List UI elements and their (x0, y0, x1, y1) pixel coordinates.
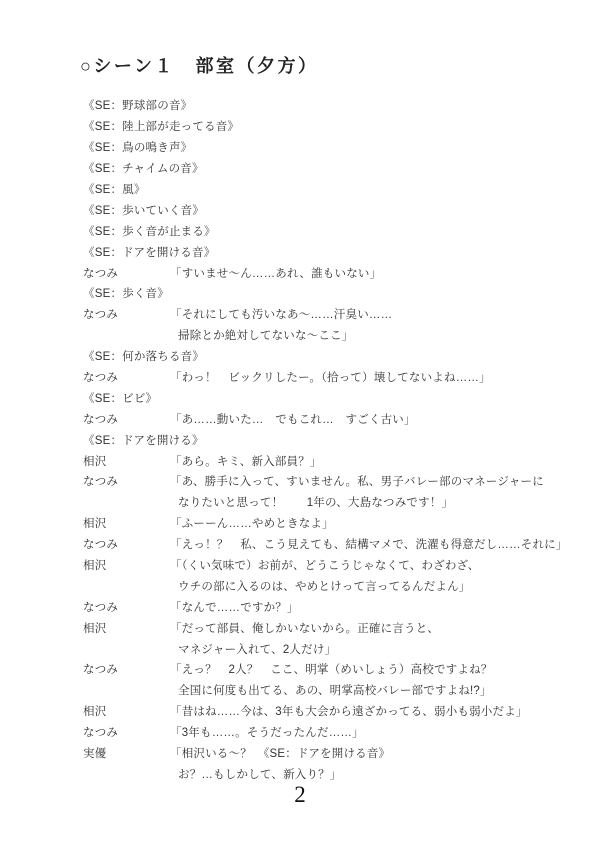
dialogue-line: なつみ「えっ？ 2人？ ここ、明掌（めいしょう）高校ですよね？ (0, 659, 600, 680)
dialogue-text: 「3年も……。そうだったんだ……」 (170, 724, 600, 740)
dialogue-line: 相沢「あら。キミ、新入部員？」 (0, 450, 600, 471)
dialogue-line: なつみ「3年も……。そうだったんだ……」 (0, 722, 600, 743)
dialogue-text: 「（くい気味で）お前が、どうこうじゃなくて、わざわざ、 (170, 557, 600, 573)
se-text: 《SE：何か落ちる音》 (83, 348, 600, 364)
se-text: 《SE：ビビ》 (83, 390, 600, 406)
dialogue-text: なりたいと思って！ 1年の、大島なつみです！」 (170, 494, 600, 510)
se-text: 《SE：ドアを開ける》 (83, 432, 600, 448)
speaker-name: なつみ (83, 661, 170, 677)
se-line: 《SE：チャイムの音》 (0, 158, 600, 179)
se-text: 《SE：チャイムの音》 (83, 160, 600, 176)
scene-title: ○シーン１ 部室（夕方） (80, 52, 319, 78)
dialogue-line: なつみ「それにしても汚いなあ〜……汗臭い…… (0, 304, 600, 325)
speaker-name: 相沢 (83, 453, 170, 469)
dialogue-line: なつみ「すいませ〜ん……あれ、誰もいない」 (0, 262, 600, 283)
dialogue-line: なつみ「あ、勝手に入って、すいません。私、男子バレー部のマネージャーに (0, 471, 600, 492)
se-line: 《SE：野球部の音》 (0, 95, 600, 116)
dialogue-text: 全国に何度も出てる、あの、明掌高校バレー部ですよね!?」 (170, 682, 600, 698)
speaker-name: なつみ (83, 473, 170, 489)
dialogue-text: 「なんで……ですか？」 (170, 599, 600, 615)
se-text: 《SE：歩いていく音》 (83, 202, 600, 218)
se-text: 《SE：鳥の鳴き声》 (83, 139, 600, 155)
speaker-name: なつみ (83, 599, 170, 615)
speaker-name: 相沢 (83, 515, 170, 531)
se-text: 《SE：陸上部が走ってる音》 (83, 118, 600, 134)
dialogue-text: 「えっ？ 2人？ ここ、明掌（めいしょう）高校ですよね？ (170, 661, 600, 677)
dialogue-continuation-line: ウチの部に入るのは、やめとけって言ってるんだよん」 (0, 575, 600, 596)
dialogue-text: 「わっ！ ビックリしたー。（拾って）壊してないよね……」 (170, 369, 600, 385)
dialogue-text: ウチの部に入るのは、やめとけって言ってるんだよん」 (170, 578, 600, 594)
dialogue-line: なつみ「わっ！ ビックリしたー。（拾って）壊してないよね……」 (0, 367, 600, 388)
se-line: 《SE：陸上部が走ってる音》 (0, 116, 600, 137)
se-line: 《SE：ドアを開ける音》 (0, 241, 600, 262)
dialogue-text: マネジャー入れて、2人だけ」 (170, 641, 600, 657)
se-line: 《SE：鳥の鳴き声》 (0, 137, 600, 158)
se-line: 《SE：風》 (0, 179, 600, 200)
dialogue-text: 「あ、勝手に入って、すいません。私、男子バレー部のマネージャーに (170, 473, 600, 489)
dialogue-text: 「すいませ〜ん……あれ、誰もいない」 (170, 265, 600, 281)
dialogue-text: 「えっ！？ 私、こう見えても、結構マメで、洗濯も得意だし……それに」 (170, 536, 600, 552)
se-text: 《SE：風》 (83, 181, 600, 197)
speaker-name: 相沢 (83, 620, 170, 636)
speaker-name: なつみ (83, 306, 170, 322)
se-text: 《SE：歩く音が止まる》 (83, 223, 600, 239)
speaker-name: なつみ (83, 411, 170, 427)
speaker-name: なつみ (83, 265, 170, 281)
dialogue-continuation-line: マネジャー入れて、2人だけ」 (0, 638, 600, 659)
dialogue-line: 相沢「昔はね……今は、3年も大会から遠ざかってる、弱小も弱小だよ」 (0, 701, 600, 722)
se-line: 《SE：歩く音が止まる》 (0, 220, 600, 241)
speaker-name: 相沢 (83, 703, 170, 719)
dialogue-continuation-line: 掃除とか絶対してないな〜ここ」 (0, 325, 600, 346)
dialogue-line: 相沢「だって部員、俺しかいないから。正確に言うと、 (0, 617, 600, 638)
dialogue-continuation-line: なりたいと思って！ 1年の、大島なつみです！」 (0, 492, 600, 513)
script-body: 《SE：野球部の音》《SE：陸上部が走ってる音》《SE：鳥の鳴き声》《SE：チャ… (0, 95, 600, 784)
se-text: 《SE：歩く音》 (83, 285, 600, 301)
dialogue-line: なつみ「えっ！？ 私、こう見えても、結構マメで、洗濯も得意だし……それに」 (0, 534, 600, 555)
speaker-name: なつみ (83, 536, 170, 552)
dialogue-line: なつみ「あ……動いた… でもこれ… すごく古い」 (0, 408, 600, 429)
speaker-name: なつみ (83, 369, 170, 385)
se-line: 《SE：歩いていく音》 (0, 199, 600, 220)
dialogue-line: 相沢「ふーーん……やめときなよ」 (0, 513, 600, 534)
page-number: 2 (0, 782, 600, 808)
se-line: 《SE：ビビ》 (0, 387, 600, 408)
speaker-name: なつみ (83, 724, 170, 740)
dialogue-line: 実優「相沢いる〜？ 《SE：ドアを開ける音》 (0, 743, 600, 764)
dialogue-text: 「相沢いる〜？ 《SE：ドアを開ける音》 (170, 745, 600, 761)
dialogue-text: お？…もしかして、新入り？」 (170, 766, 600, 782)
dialogue-text: 掃除とか絶対してないな〜ここ」 (170, 327, 600, 343)
se-line: 《SE：ドアを開ける》 (0, 429, 600, 450)
dialogue-line: なつみ「なんで……ですか？」 (0, 596, 600, 617)
se-text: 《SE：野球部の音》 (83, 97, 600, 113)
se-line: 《SE：何か落ちる音》 (0, 346, 600, 367)
se-text: 《SE：ドアを開ける音》 (83, 244, 600, 260)
dialogue-text: 「だって部員、俺しかいないから。正確に言うと、 (170, 620, 600, 636)
dialogue-line: 相沢「（くい気味で）お前が、どうこうじゃなくて、わざわざ、 (0, 555, 600, 576)
script-document-page: ○シーン１ 部室（夕方） 《SE：野球部の音》《SE：陸上部が走ってる音》《SE… (0, 0, 600, 849)
dialogue-text: 「ふーーん……やめときなよ」 (170, 515, 600, 531)
speaker-name: 相沢 (83, 557, 170, 573)
speaker-name: 実優 (83, 745, 170, 761)
se-line: 《SE：歩く音》 (0, 283, 600, 304)
dialogue-text: 「昔はね……今は、3年も大会から遠ざかってる、弱小も弱小だよ」 (170, 703, 600, 719)
dialogue-text: 「あ……動いた… でもこれ… すごく古い」 (170, 411, 600, 427)
dialogue-continuation-line: 全国に何度も出てる、あの、明掌高校バレー部ですよね!?」 (0, 680, 600, 701)
dialogue-text: 「それにしても汚いなあ〜……汗臭い…… (170, 306, 600, 322)
dialogue-text: 「あら。キミ、新入部員？」 (170, 453, 600, 469)
